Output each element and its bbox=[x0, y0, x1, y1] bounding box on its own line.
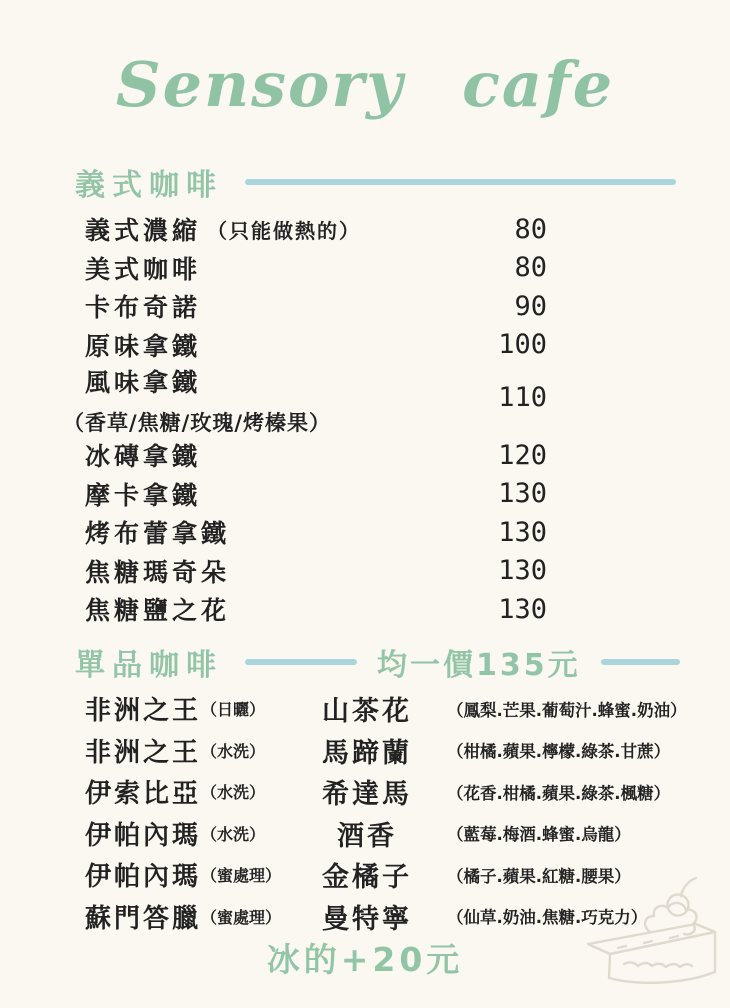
bean-name: 酒香 bbox=[303, 814, 431, 853]
item-name: 冰磚拿鐵 bbox=[85, 437, 201, 473]
item-price: 130 bbox=[498, 517, 547, 548]
bean-name: 希達馬 bbox=[303, 772, 431, 811]
origin-name: 伊帕內瑪 bbox=[85, 856, 201, 893]
bean-name: 山茶花 bbox=[303, 689, 431, 728]
flavor-notes: （花香.柑橘.蘋果.綠茶.楓糖） bbox=[431, 780, 700, 804]
menu-row: 美式咖啡 80 bbox=[85, 249, 547, 288]
divider-line bbox=[245, 659, 357, 665]
item-price: 80 bbox=[514, 214, 547, 245]
item-price: 110 bbox=[498, 382, 547, 413]
espresso-menu-list: 義式濃縮 （只能做熱的） 80 美式咖啡 80 卡布奇諾 90 原味拿鐵 100… bbox=[85, 210, 547, 629]
origin-cell: 伊索比亞 （水洗） bbox=[85, 773, 303, 810]
process-note: （水洗） bbox=[201, 780, 265, 803]
item-name: 焦糖瑪奇朵 bbox=[85, 553, 230, 589]
item-price: 80 bbox=[514, 252, 547, 283]
origin-cell: 伊帕內瑪 （水洗） bbox=[85, 815, 303, 852]
item-note: （只能做熱的） bbox=[207, 215, 361, 244]
bean-name: 曼特寧 bbox=[303, 897, 431, 936]
origin-name: 非洲之王 bbox=[85, 690, 201, 727]
origin-cell: 伊帕內瑪 （蜜處理） bbox=[85, 856, 303, 893]
item-name: 風味拿鐵 bbox=[85, 363, 547, 399]
origin-cell: 蘇門答臘 （蜜處理） bbox=[85, 898, 303, 935]
menu-row: 冰磚拿鐵 120 bbox=[85, 436, 547, 475]
origin-name: 伊帕內瑪 bbox=[85, 815, 201, 852]
espresso-section-header: 義式咖啡 bbox=[75, 160, 676, 204]
brand-word-2: cafe bbox=[462, 48, 614, 121]
process-note: （蜜處理） bbox=[201, 863, 281, 886]
menu-row: 烤布蕾拿鐵 130 bbox=[85, 513, 547, 552]
process-note: （水洗） bbox=[201, 739, 265, 762]
divider-line bbox=[601, 659, 680, 665]
menu-row: 義式濃縮 （只能做熱的） 80 bbox=[85, 210, 547, 249]
single-origin-section-header: 單品咖啡 均一價135元 bbox=[75, 640, 680, 684]
item-price: 100 bbox=[498, 329, 547, 360]
origin-name: 非洲之王 bbox=[85, 732, 201, 769]
item-price: 120 bbox=[498, 440, 547, 471]
menu-page: Sensorycafe 義式咖啡 義式濃縮 （只能做熱的） 80 美式咖啡 80… bbox=[0, 0, 730, 1008]
menu-row: 卡布奇諾 90 bbox=[85, 287, 547, 326]
flavor-notes: （藍莓.梅酒.蜂蜜.烏龍） bbox=[431, 821, 700, 845]
bean-name: 馬蹄蘭 bbox=[303, 731, 431, 770]
flavor-notes: （鳳梨.芒果.葡萄汁.蜂蜜.奶油） bbox=[431, 697, 700, 721]
divider-line bbox=[245, 179, 676, 185]
menu-row-flavored-latte: 風味拿鐵 （香草/焦糖/玫瑰/烤榛果） 110 bbox=[85, 364, 547, 436]
flavor-notes: （柑橘.蘋果.檸檬.綠茶.甘蔗） bbox=[431, 738, 700, 762]
menu-row: 摩卡拿鐵 130 bbox=[85, 475, 547, 514]
menu-row: 焦糖瑪奇朵 130 bbox=[85, 552, 547, 591]
cake-slice-icon bbox=[584, 874, 722, 996]
item-name: 義式濃縮 bbox=[85, 211, 201, 247]
item-name: 摩卡拿鐵 bbox=[85, 476, 201, 512]
uniform-price-note: 均一價135元 bbox=[377, 640, 581, 684]
origin-name: 伊索比亞 bbox=[85, 773, 201, 810]
origin-cell: 非洲之王 （日曬） bbox=[85, 690, 303, 727]
item-name: 焦糖鹽之花 bbox=[85, 591, 230, 627]
item-name: 原味拿鐵 bbox=[85, 327, 201, 363]
table-row: 伊索比亞 （水洗） 希達馬 （花香.柑橘.蘋果.綠茶.楓糖） bbox=[85, 771, 700, 813]
brand-title: Sensorycafe bbox=[0, 48, 730, 121]
process-note: （蜜處理） bbox=[201, 905, 281, 928]
menu-row: 焦糖鹽之花 130 bbox=[85, 590, 547, 629]
item-price: 90 bbox=[514, 291, 547, 322]
espresso-section-title: 義式咖啡 bbox=[75, 160, 223, 204]
table-row: 非洲之王 （水洗） 馬蹄蘭 （柑橘.蘋果.檸檬.綠茶.甘蔗） bbox=[85, 730, 700, 772]
single-origin-section-title: 單品咖啡 bbox=[75, 640, 223, 684]
table-row: 伊帕內瑪 （水洗） 酒香 （藍莓.梅酒.蜂蜜.烏龍） bbox=[85, 813, 700, 855]
item-name: 烤布蕾拿鐵 bbox=[85, 514, 230, 550]
table-row: 非洲之王 （日曬） 山茶花 （鳳梨.芒果.葡萄汁.蜂蜜.奶油） bbox=[85, 688, 700, 730]
brand-word-1: Sensory bbox=[116, 48, 404, 121]
item-price: 130 bbox=[498, 478, 547, 509]
origin-cell: 非洲之王 （水洗） bbox=[85, 732, 303, 769]
item-price: 130 bbox=[498, 555, 547, 586]
item-price: 130 bbox=[498, 594, 547, 625]
item-name: 美式咖啡 bbox=[85, 250, 201, 286]
item-name: 卡布奇諾 bbox=[85, 288, 201, 324]
item-flavor-options: （香草/焦糖/玫瑰/烤榛果） bbox=[63, 407, 547, 437]
process-note: （水洗） bbox=[201, 822, 265, 845]
menu-row: 原味拿鐵 100 bbox=[85, 326, 547, 365]
origin-name: 蘇門答臘 bbox=[85, 898, 201, 935]
bean-name: 金橘子 bbox=[303, 855, 431, 894]
process-note: （日曬） bbox=[201, 697, 265, 720]
